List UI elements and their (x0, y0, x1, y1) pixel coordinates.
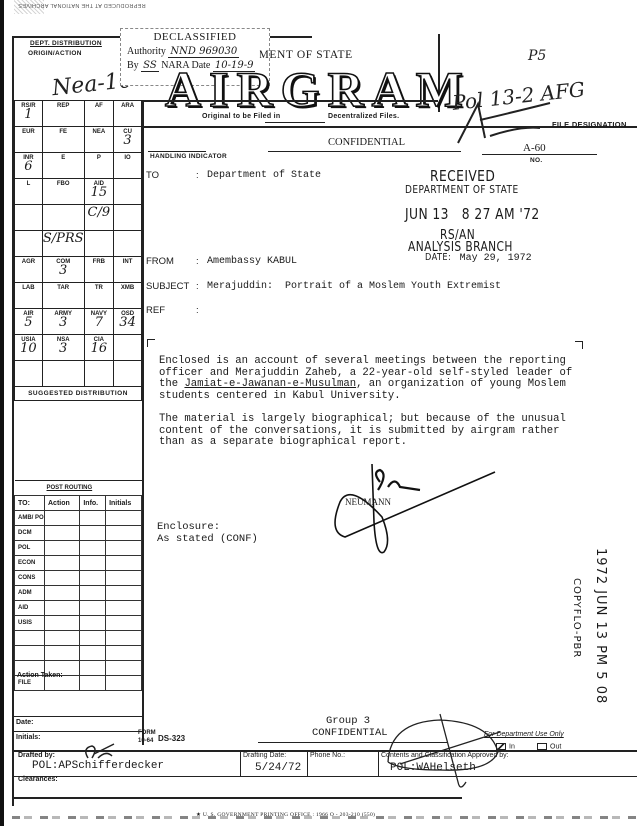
distribution-count: 15 (85, 187, 114, 199)
by-value: SS (141, 60, 159, 72)
post-routing-office: AMB/ PO (15, 511, 45, 526)
post-routing-info-cell[interactable] (80, 511, 106, 526)
phone-label: Phone No.: (310, 752, 345, 759)
copyflo-stamp: COPYFLO-PBR (571, 578, 582, 658)
group-label: Group 3 (326, 715, 370, 727)
distribution-row: S/PRS (15, 231, 142, 257)
approved-divider (378, 750, 379, 776)
post-routing-office: AID (15, 601, 45, 616)
drafting-date-value: 5/24/72 (255, 762, 301, 774)
grid-right-rule (142, 100, 144, 745)
drafting-date-divider (240, 750, 241, 776)
drafted-by-label: Drafted by: (18, 752, 55, 759)
distribution-code: ARA (121, 103, 134, 109)
footer-bottom-rule (12, 797, 462, 799)
distribution-code: XMB (121, 285, 134, 291)
from-colon: : (196, 256, 199, 267)
phone-divider (307, 750, 308, 776)
distribution-cell: ARMY3 (42, 309, 84, 335)
distribution-count: 7 (85, 317, 114, 329)
distribution-row (15, 361, 142, 387)
distribution-cell: LAB (15, 283, 43, 309)
distribution-cell: NAVY7 (84, 309, 114, 335)
distribution-cell (42, 205, 84, 231)
declassified-title: DECLASSIFIED (127, 31, 263, 43)
post-routing-action-cell[interactable] (45, 631, 80, 646)
form-date: 10-64 (138, 738, 153, 744)
enclosure-label: Enclosure: (157, 521, 220, 533)
subject-colon: : (196, 281, 199, 292)
post-routing-row: ECON (15, 556, 142, 571)
distribution-code: E (61, 155, 65, 161)
classification-header: CONFIDENTIAL (328, 137, 405, 148)
post-routing-info-cell[interactable] (80, 571, 106, 586)
post-routing-table: POST ROUTINGTO:ActionInfo.InitialsAMB/ P… (14, 480, 142, 691)
distribution-cell: L (15, 179, 43, 205)
distribution-code: EUR (22, 129, 35, 135)
distribution-count: 10 (15, 343, 42, 355)
distribution-code: TAR (57, 285, 69, 291)
post-routing-info-cell[interactable] (80, 616, 106, 631)
post-routing-header: Action (45, 496, 80, 511)
distribution-row: LFBOAID15 (15, 179, 142, 205)
ref-colon: : (196, 305, 199, 316)
distribution-cell: FRB (84, 257, 114, 283)
distribution-cell: AF (84, 101, 114, 127)
drafter-initials-icon (80, 740, 120, 762)
post-routing-office: USIS (15, 616, 45, 631)
airgram-title: AIRGRAM (165, 60, 471, 118)
distribution-cell (114, 335, 142, 361)
handwritten-initials-top: P5 (528, 48, 546, 64)
form-label: FORM (138, 730, 156, 736)
clearances-label: Clearances: (18, 776, 58, 783)
distribution-count: 16 (85, 343, 114, 355)
received-stamp-branch: ANALYSIS BRANCH (408, 240, 513, 255)
distribution-cell: CIA16 (84, 335, 114, 361)
post-routing-action-cell[interactable] (45, 511, 80, 526)
distribution-cell: AGR (15, 257, 43, 283)
post-routing-action-cell[interactable] (45, 526, 80, 541)
airgram-body: Enclosed is an account of several meetin… (159, 356, 579, 461)
distribution-cell (15, 361, 43, 387)
reproduced-notice: REPRODUCED AT THE NATIONAL ARCHIVES (18, 2, 146, 8)
from-value: Amembassy KABUL (207, 256, 297, 267)
post-routing-action-cell[interactable] (45, 571, 80, 586)
distribution-code: L (27, 181, 31, 187)
distribution-cell: E (42, 153, 84, 179)
distribution-count: S/PRS (43, 233, 84, 245)
distribution-cell (15, 231, 43, 257)
origin-action-label: ORIGIN/ACTION (28, 50, 82, 57)
post-routing-header: Initials (106, 496, 142, 511)
distribution-count: 3 (43, 343, 84, 355)
drafting-date-label: Drafting Date: (243, 752, 286, 759)
authority-row: Authority NND 969030 (127, 46, 263, 57)
post-routing-initials-cell[interactable] (106, 586, 142, 601)
subject-label: SUBJECT (146, 281, 189, 292)
enclosure-value: As stated (CONF) (157, 533, 258, 545)
file-designation-label: FILE DESIGNATION (552, 120, 627, 129)
post-routing-info-cell[interactable] (80, 541, 106, 556)
form-number: DS-323 (158, 734, 185, 743)
distribution-cell: NSA3 (42, 335, 84, 361)
footer-classification: CONFIDENTIAL (312, 727, 388, 739)
post-routing-initials-cell[interactable] (106, 526, 142, 541)
distribution-cell (114, 179, 142, 205)
distribution-code: REP (57, 103, 69, 109)
post-routing-info-cell[interactable] (80, 646, 106, 661)
distribution-cell: NEA (84, 127, 114, 153)
initials-rule (12, 731, 142, 732)
distribution-count: 3 (43, 317, 84, 329)
post-routing-row (15, 631, 142, 646)
distribution-code: AGR (22, 259, 35, 265)
distribution-cell: TAR (42, 283, 84, 309)
post-routing-initials-cell[interactable] (106, 571, 142, 586)
handwritten-scribble-icon (450, 98, 560, 148)
distribution-cell: EUR (15, 127, 43, 153)
distribution-row: INR6EPIO (15, 153, 142, 179)
distribution-row: EURFENEACU3 (15, 127, 142, 153)
distribution-cell (114, 231, 142, 257)
distribution-code: FE (59, 129, 67, 135)
post-routing-row: POL (15, 541, 142, 556)
authority-label: Authority (127, 46, 166, 57)
page-bottom-edge (12, 816, 637, 819)
distribution-cell: C/9 (84, 205, 114, 231)
decentralized-label: Decentralized Files. (328, 113, 399, 120)
out-checkbox[interactable] (537, 743, 547, 750)
handling-rule (148, 151, 206, 152)
date-label[interactable]: Date: (16, 719, 34, 726)
body-corner-left (147, 339, 155, 347)
dept-distribution-label: DEPT. DISTRIBUTION (30, 40, 102, 47)
distribution-count: 6 (15, 161, 42, 173)
authority-value: NND 969030 (168, 46, 239, 58)
distribution-cell (15, 205, 43, 231)
subject-value: Merajuddin: Portrait of a Moslem Youth E… (207, 281, 501, 292)
distribution-count: 3 (114, 135, 141, 147)
by-label: By (127, 60, 139, 71)
distribution-code: INT (123, 259, 133, 265)
title-under-rule (142, 100, 438, 102)
side-timestamp: 1972 JUN 13 PM 5 08 (593, 548, 608, 704)
post-routing-office: CONS (15, 571, 45, 586)
distribution-cell: AIR5 (15, 309, 43, 335)
airgram-number: A-60 (523, 142, 546, 154)
distribution-row: C/9 (15, 205, 142, 231)
distribution-cell: OSD34 (114, 309, 142, 335)
distribution-cell: INR6 (15, 153, 43, 179)
distribution-code: TR (95, 285, 103, 291)
post-routing-initials-cell[interactable] (106, 601, 142, 616)
distribution-grid: RS/R1REPAFARAEURFENEACU3INR6EPIOLFBOAID1… (14, 100, 142, 401)
filed-blank (265, 122, 325, 123)
distribution-code: AF (95, 103, 103, 109)
received-stamp-dept: DEPARTMENT OF STATE (405, 183, 519, 196)
post-routing-row: ADM (15, 586, 142, 601)
ref-label: REF (146, 305, 165, 316)
signature-scribble-icon (300, 462, 500, 562)
drafted-by-value: POL:APSchifferdecker (32, 760, 164, 772)
post-routing-initials-cell[interactable] (106, 511, 142, 526)
received-stamp-time: JUN 13 8 27 AM '72 (405, 205, 540, 223)
distribution-cell: RS/R1 (15, 101, 43, 127)
distribution-cell: CU3 (114, 127, 142, 153)
post-routing-office: POL (15, 541, 45, 556)
post-routing-info-cell[interactable] (80, 586, 106, 601)
post-routing-office (15, 646, 45, 661)
distribution-code: FBO (57, 181, 70, 187)
distribution-count: 3 (43, 265, 84, 277)
distribution-code: IO (124, 155, 130, 161)
clearances-rule (12, 776, 637, 777)
post-routing-action-cell[interactable] (45, 616, 80, 631)
handling-indicator-label: HANDLING INDICATOR (150, 153, 227, 160)
post-routing-info-cell[interactable] (80, 526, 106, 541)
body-paragraph-2: The material is largely biographical; bu… (159, 414, 579, 449)
distribution-row: AIR5ARMY3NAVY7OSD34 (15, 309, 142, 335)
distribution-cell: COM3 (42, 257, 84, 283)
distribution-cell: REP (42, 101, 84, 127)
post-routing-initials-cell[interactable] (106, 631, 142, 646)
distribution-row: LABTARTRXMB (15, 283, 142, 309)
body-paragraph-1: Enclosed is an account of several meetin… (159, 356, 579, 402)
number-rule (482, 154, 597, 155)
distribution-cell: FE (42, 127, 84, 153)
post-routing-office (15, 631, 45, 646)
post-routing-initials-cell[interactable] (106, 541, 142, 556)
classification-rule (268, 151, 461, 152)
post-routing-office: ECON (15, 556, 45, 571)
distribution-code: FRB (93, 259, 105, 265)
distribution-cell: INT (114, 257, 142, 283)
to-colon: : (196, 170, 199, 181)
distribution-cell: IO (114, 153, 142, 179)
original-filed-label: Original to be Filed in (202, 113, 280, 120)
distribution-cell: USIA10 (15, 335, 43, 361)
post-routing-action-cell[interactable] (45, 601, 80, 616)
approver-scribble-icon (380, 712, 510, 792)
distribution-row: AGRCOM3FRBINT (15, 257, 142, 283)
distribution-code: P (97, 155, 101, 161)
distribution-cell: XMB (114, 283, 142, 309)
distribution-cell (114, 361, 142, 387)
post-routing-row: AID (15, 601, 142, 616)
post-routing-info-cell[interactable] (80, 601, 106, 616)
to-label: TO (146, 170, 159, 181)
post-routing-title: POST ROUTING (15, 481, 142, 496)
distribution-row: USIA10NSA3CIA16 (15, 335, 142, 361)
post-routing-initials-cell[interactable] (106, 616, 142, 631)
post-routing-initials-cell[interactable] (106, 646, 142, 661)
post-routing-row: USIS (15, 616, 142, 631)
post-routing-office: DCM (15, 526, 45, 541)
distribution-cell: ARA (114, 101, 142, 127)
distribution-cell: S/PRS (42, 231, 84, 257)
post-routing-header: TO: (15, 496, 45, 511)
page-left-edge (0, 0, 4, 826)
distribution-count: 1 (15, 109, 42, 121)
post-routing-info-cell[interactable] (80, 556, 106, 571)
signature-name: NEUMANN (345, 497, 391, 507)
post-routing-row: DCM (15, 526, 142, 541)
distribution-cell (114, 205, 142, 231)
distribution-count: 5 (15, 317, 42, 329)
post-routing-office: ADM (15, 586, 45, 601)
organization-name: Jamiat-e-Jawanan-e-Musulman (184, 378, 356, 390)
date-rule (12, 716, 142, 717)
post-routing-action-cell[interactable] (45, 586, 80, 601)
distribution-cell: AID15 (84, 179, 114, 205)
post-routing-row: CONS (15, 571, 142, 586)
distribution-cell (84, 231, 114, 257)
distribution-row: RS/R1REPAFARA (15, 101, 142, 127)
distribution-count: C/9 (85, 207, 114, 219)
distribution-cell: TR (84, 283, 114, 309)
to-value: Department of State (207, 170, 321, 181)
suggested-distribution-label: SUGGESTED DISTRIBUTION (14, 387, 142, 401)
post-routing-header: Info. (80, 496, 106, 511)
distribution-table: RS/R1REPAFARAEURFENEACU3INR6EPIOLFBOAID1… (14, 100, 142, 387)
distribution-cell (84, 361, 114, 387)
number-label: NO. (530, 157, 542, 164)
post-routing-action-cell[interactable] (45, 541, 80, 556)
distribution-code: LAB (22, 285, 34, 291)
post-routing-initials-cell[interactable] (106, 556, 142, 571)
post-routing-action-cell[interactable] (45, 646, 80, 661)
distribution-code: NEA (93, 129, 106, 135)
post-routing-info-cell[interactable] (80, 631, 106, 646)
from-label: FROM (146, 256, 174, 267)
post-routing-action-cell[interactable] (45, 556, 80, 571)
body-corner-right (575, 341, 583, 349)
distribution-cell (42, 361, 84, 387)
initials-label[interactable]: Initials: (16, 734, 41, 741)
distribution-cell: FBO (42, 179, 84, 205)
distribution-cell: P (84, 153, 114, 179)
distribution-count: 34 (114, 317, 141, 329)
post-routing-row (15, 646, 142, 661)
post-routing-row: AMB/ PO (15, 511, 142, 526)
action-taken-label[interactable]: Action Taken: (14, 672, 142, 679)
